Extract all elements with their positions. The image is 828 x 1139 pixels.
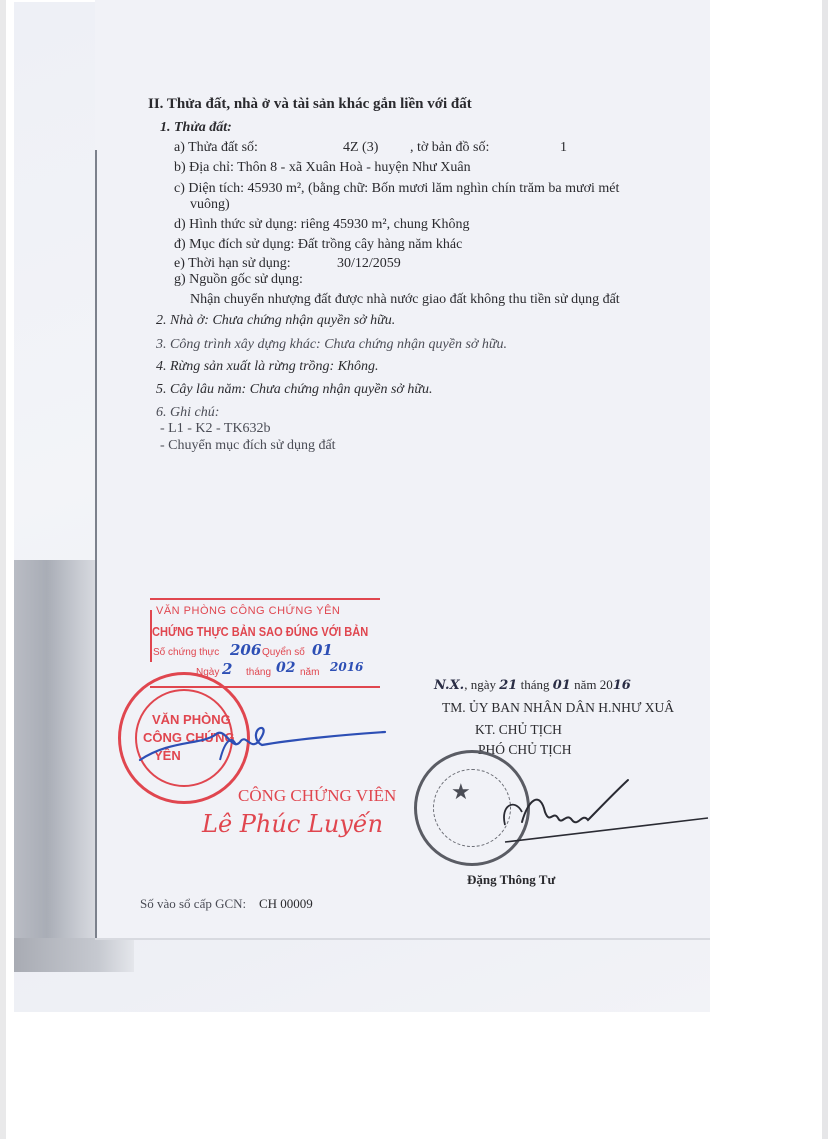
signature-strokes: [0, 0, 828, 1139]
